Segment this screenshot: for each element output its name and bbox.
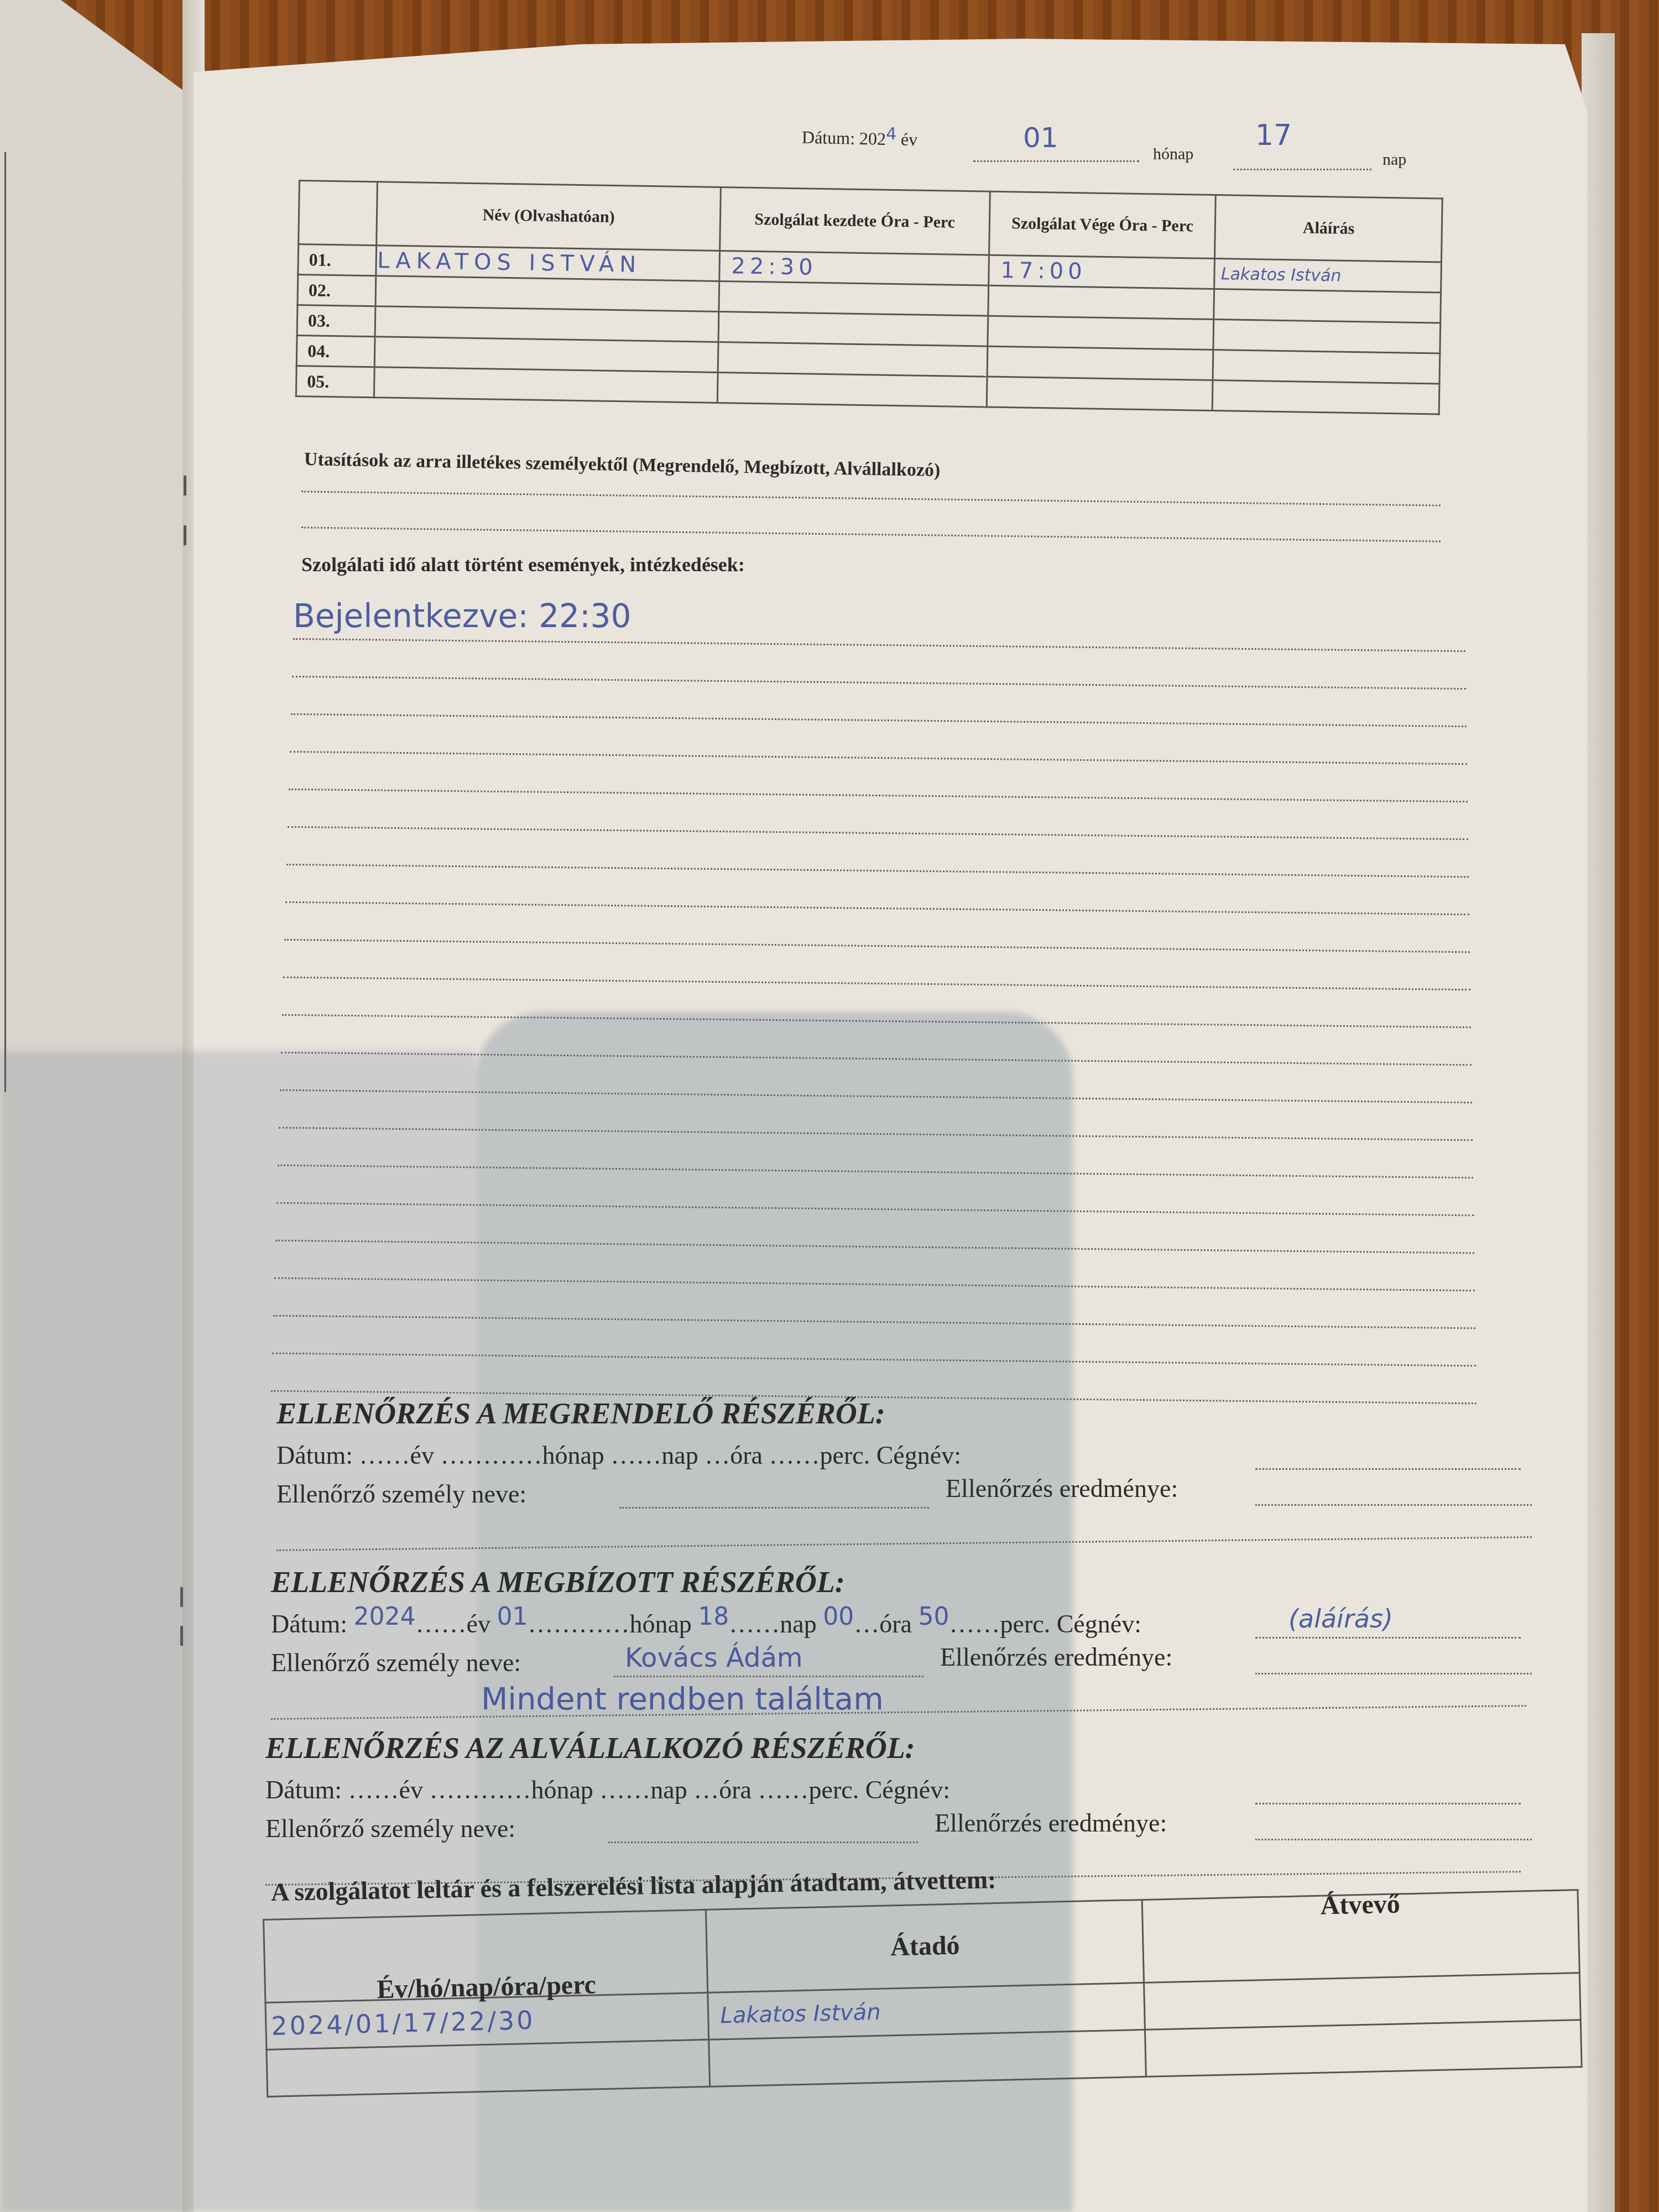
person-value: Kovács Ádám <box>625 1642 803 1673</box>
events-line[interactable] <box>292 676 1466 690</box>
start-value <box>719 314 731 340</box>
shift-table-header-start: Szolgálat kezdete Óra - Perc <box>719 187 990 255</box>
person-line[interactable] <box>619 1507 929 1509</box>
date-day-value[interactable]: 18 <box>698 1603 729 1631</box>
date-minute-unit: perc. <box>809 1776 859 1804</box>
name-cell[interactable] <box>375 276 719 312</box>
events-heading: Szolgálati idő alatt történt események, … <box>301 553 745 576</box>
signature-cell[interactable]: Lakatos István <box>1214 259 1441 293</box>
handover-header-receiver: Átvevő <box>1142 1890 1579 1983</box>
events-line[interactable] <box>286 864 1469 878</box>
events-line[interactable] <box>288 826 1468 840</box>
start-value <box>719 284 731 309</box>
inspection-person-line: Ellenőrző személy neve: <box>276 1479 526 1509</box>
shift-table-num-header <box>299 181 378 246</box>
date-minute-value[interactable]: 50 <box>918 1603 949 1631</box>
shift-table-header-end: Szolgálat Vége Óra - Perc <box>989 191 1215 258</box>
inspection-heading: ELLENŐRZÉS A MEGRENDELŐ RÉSZÉRŐL: <box>276 1396 885 1431</box>
row-number: 05. <box>296 366 374 397</box>
handover-giver-cell[interactable] <box>709 2030 1146 2086</box>
signature-value <box>1214 356 1220 375</box>
events-line[interactable] <box>289 789 1468 802</box>
signature-value <box>1214 325 1220 345</box>
signature-value <box>1213 386 1219 405</box>
signature-cell[interactable] <box>1213 320 1440 353</box>
start-cell[interactable] <box>717 372 987 407</box>
company-label: Cégnév: <box>1057 1610 1141 1638</box>
result-line[interactable] <box>1255 1839 1532 1840</box>
company-value: (aláírás) <box>1288 1604 1393 1634</box>
inspection-heading: ELLENŐRZÉS A MEGBÍZOTT RÉSZÉRŐL: <box>271 1565 845 1599</box>
handover-giver-value <box>710 2050 722 2075</box>
result-value: Mindent rendben találtam <box>481 1681 884 1717</box>
date-month-value[interactable]: 01 <box>497 1603 528 1631</box>
start-cell[interactable] <box>718 342 988 377</box>
inspection-person-line: Ellenőrző személy neve: <box>271 1648 521 1677</box>
shift-table-header-name: Név (Olvashatóan) <box>377 182 721 251</box>
date-label: Dátum: 202 <box>802 127 886 149</box>
events-line[interactable] <box>291 713 1467 727</box>
row-number: 04. <box>296 335 375 367</box>
name-cell[interactable] <box>375 337 718 373</box>
result-label: Ellenőrzés eredménye: <box>946 1474 1178 1503</box>
date-label: Dátum: <box>271 1610 347 1638</box>
date-hour-unit: óra <box>719 1776 752 1804</box>
end-value: 17:00 <box>989 258 1087 285</box>
company-label: Cégnév: <box>865 1776 950 1804</box>
date-label: Dátum: <box>265 1776 342 1804</box>
date-label: Dátum: <box>276 1441 353 1469</box>
signature-cell[interactable] <box>1213 380 1439 414</box>
end-value <box>988 319 1000 344</box>
signature-value: Lakatos István <box>1215 264 1342 286</box>
end-value <box>988 379 999 405</box>
company-line[interactable] <box>1255 1468 1521 1470</box>
date-day-unit: nap <box>1383 150 1406 169</box>
date-minute-unit: perc. <box>1000 1610 1050 1638</box>
date-day-handwritten: 17 <box>1255 119 1292 152</box>
result-line[interactable] <box>1255 1673 1532 1674</box>
date-day-unit: nap <box>650 1776 687 1804</box>
end-value <box>988 349 999 374</box>
date-year-unit: év <box>399 1776 422 1804</box>
date-month-unit: hónap <box>629 1610 691 1638</box>
start-value <box>718 345 730 370</box>
date-year-value[interactable]: 2024 <box>353 1603 415 1631</box>
date-hour-unit: óra <box>730 1441 763 1469</box>
end-cell[interactable] <box>987 346 1213 380</box>
row-number: 01. <box>298 244 377 276</box>
date-day-line <box>1233 169 1371 170</box>
end-cell[interactable] <box>988 316 1214 349</box>
inspection-date-line: Dátum: 2024……év 01…………hónap 18……nap 00…ó… <box>271 1609 1141 1639</box>
date-month-line <box>973 160 1139 162</box>
start-value: 22:30 <box>720 253 817 280</box>
events-line[interactable] <box>283 977 1470 990</box>
date-minute-unit: perc. <box>820 1441 870 1469</box>
handover-header-datetime: Év/hó/nap/óra/perc <box>264 1910 708 2002</box>
handover-receiver-cell[interactable] <box>1145 2020 1582 2077</box>
person-line[interactable] <box>608 1841 918 1843</box>
instructions-line[interactable] <box>301 526 1441 542</box>
date-year-unit: év <box>901 129 918 150</box>
person-label: Ellenőrző személy neve: <box>276 1480 526 1508</box>
end-cell[interactable] <box>987 377 1213 410</box>
signature-cell[interactable] <box>1213 350 1439 384</box>
result-label: Ellenőrzés eredménye: <box>935 1808 1167 1838</box>
row-number: 03. <box>297 305 375 336</box>
handover-datetime-value <box>268 2058 273 2088</box>
result-line[interactable] <box>1255 1504 1532 1506</box>
row-number: 02. <box>298 275 376 306</box>
handover-table: Év/hó/nap/óra/perc Átadó Átvevő 2024/01/… <box>263 1889 1583 2098</box>
start-cell[interactable] <box>718 311 988 346</box>
instructions-line[interactable] <box>301 491 1441 506</box>
result-label: Ellenőrzés eredménye: <box>940 1642 1172 1672</box>
start-value <box>718 375 730 400</box>
inspection-person-line: Ellenőrző személy neve: <box>265 1814 515 1843</box>
company-line[interactable] <box>1255 1637 1521 1639</box>
header-date-label: Dátum: 2024 év <box>802 127 918 150</box>
date-day-unit: nap <box>780 1610 816 1638</box>
events-entry: Bejelentkezve: 22:30 <box>293 597 631 635</box>
handover-header-giver: Átadó <box>706 1900 1144 1992</box>
end-value <box>989 288 1000 314</box>
inspection-date-line: Dátum: ……év …………hónap ……nap …óra ……perc.… <box>265 1775 950 1804</box>
date-year-handwritten: 4 <box>886 124 897 144</box>
company-line[interactable] <box>1255 1803 1521 1804</box>
date-month-unit: hónap <box>542 1441 604 1469</box>
person-line[interactable] <box>614 1676 924 1677</box>
date-day-unit: nap <box>661 1441 698 1469</box>
shift-table-header-signature: Aláírás <box>1215 195 1442 262</box>
date-month-unit: hónap <box>1153 145 1193 164</box>
person-label: Ellenőrző személy neve: <box>265 1814 515 1843</box>
inspection-date-line: Dátum: ……év …………hónap ……nap …óra ……perc.… <box>276 1441 961 1470</box>
start-cell[interactable]: 22:30 <box>719 251 989 285</box>
start-cell[interactable] <box>719 281 989 316</box>
handover-giver-value: Lakatos István <box>709 2000 881 2029</box>
events-line[interactable] <box>290 751 1467 765</box>
date-year-unit: év <box>410 1441 434 1469</box>
date-hour-value[interactable]: 00 <box>823 1603 854 1631</box>
events-line[interactable] <box>293 638 1465 652</box>
end-cell[interactable]: 17:00 <box>988 255 1214 289</box>
name-value: LAKATOS ISTVÁN <box>377 248 642 278</box>
date-month-handwritten: 01 <box>1023 122 1058 154</box>
date-year-unit: év <box>466 1610 490 1638</box>
events-line[interactable] <box>285 901 1469 915</box>
name-cell[interactable] <box>374 367 718 403</box>
person-label: Ellenőrző személy neve: <box>271 1648 521 1677</box>
end-cell[interactable] <box>988 285 1214 319</box>
signature-cell[interactable] <box>1214 289 1441 323</box>
signature-value <box>1215 295 1221 314</box>
name-cell[interactable]: LAKATOS ISTVÁN <box>376 246 719 281</box>
date-hour-unit: óra <box>879 1610 912 1638</box>
inspection-heading: ELLENŐRZÉS AZ ALVÁLLALKOZÓ RÉSZÉRŐL: <box>265 1731 915 1765</box>
instructions-heading: Utasítások az arra illetékes személyektő… <box>304 449 941 481</box>
date-month-unit: hónap <box>531 1776 593 1804</box>
handover-datetime-cell[interactable] <box>267 2039 710 2096</box>
shift-table: Név (Olvashatóan) Szolgálat kezdete Óra … <box>295 180 1443 415</box>
events-line[interactable] <box>284 939 1470 953</box>
handover-datetime-value: 2024/01/17/22/30 <box>267 2005 535 2041</box>
page-content: Dátum: 2024 év 01 hónap 17 nap Név (Olva… <box>0 0 1659 2212</box>
company-label: Cégnév: <box>877 1441 961 1469</box>
name-cell[interactable] <box>375 306 719 342</box>
